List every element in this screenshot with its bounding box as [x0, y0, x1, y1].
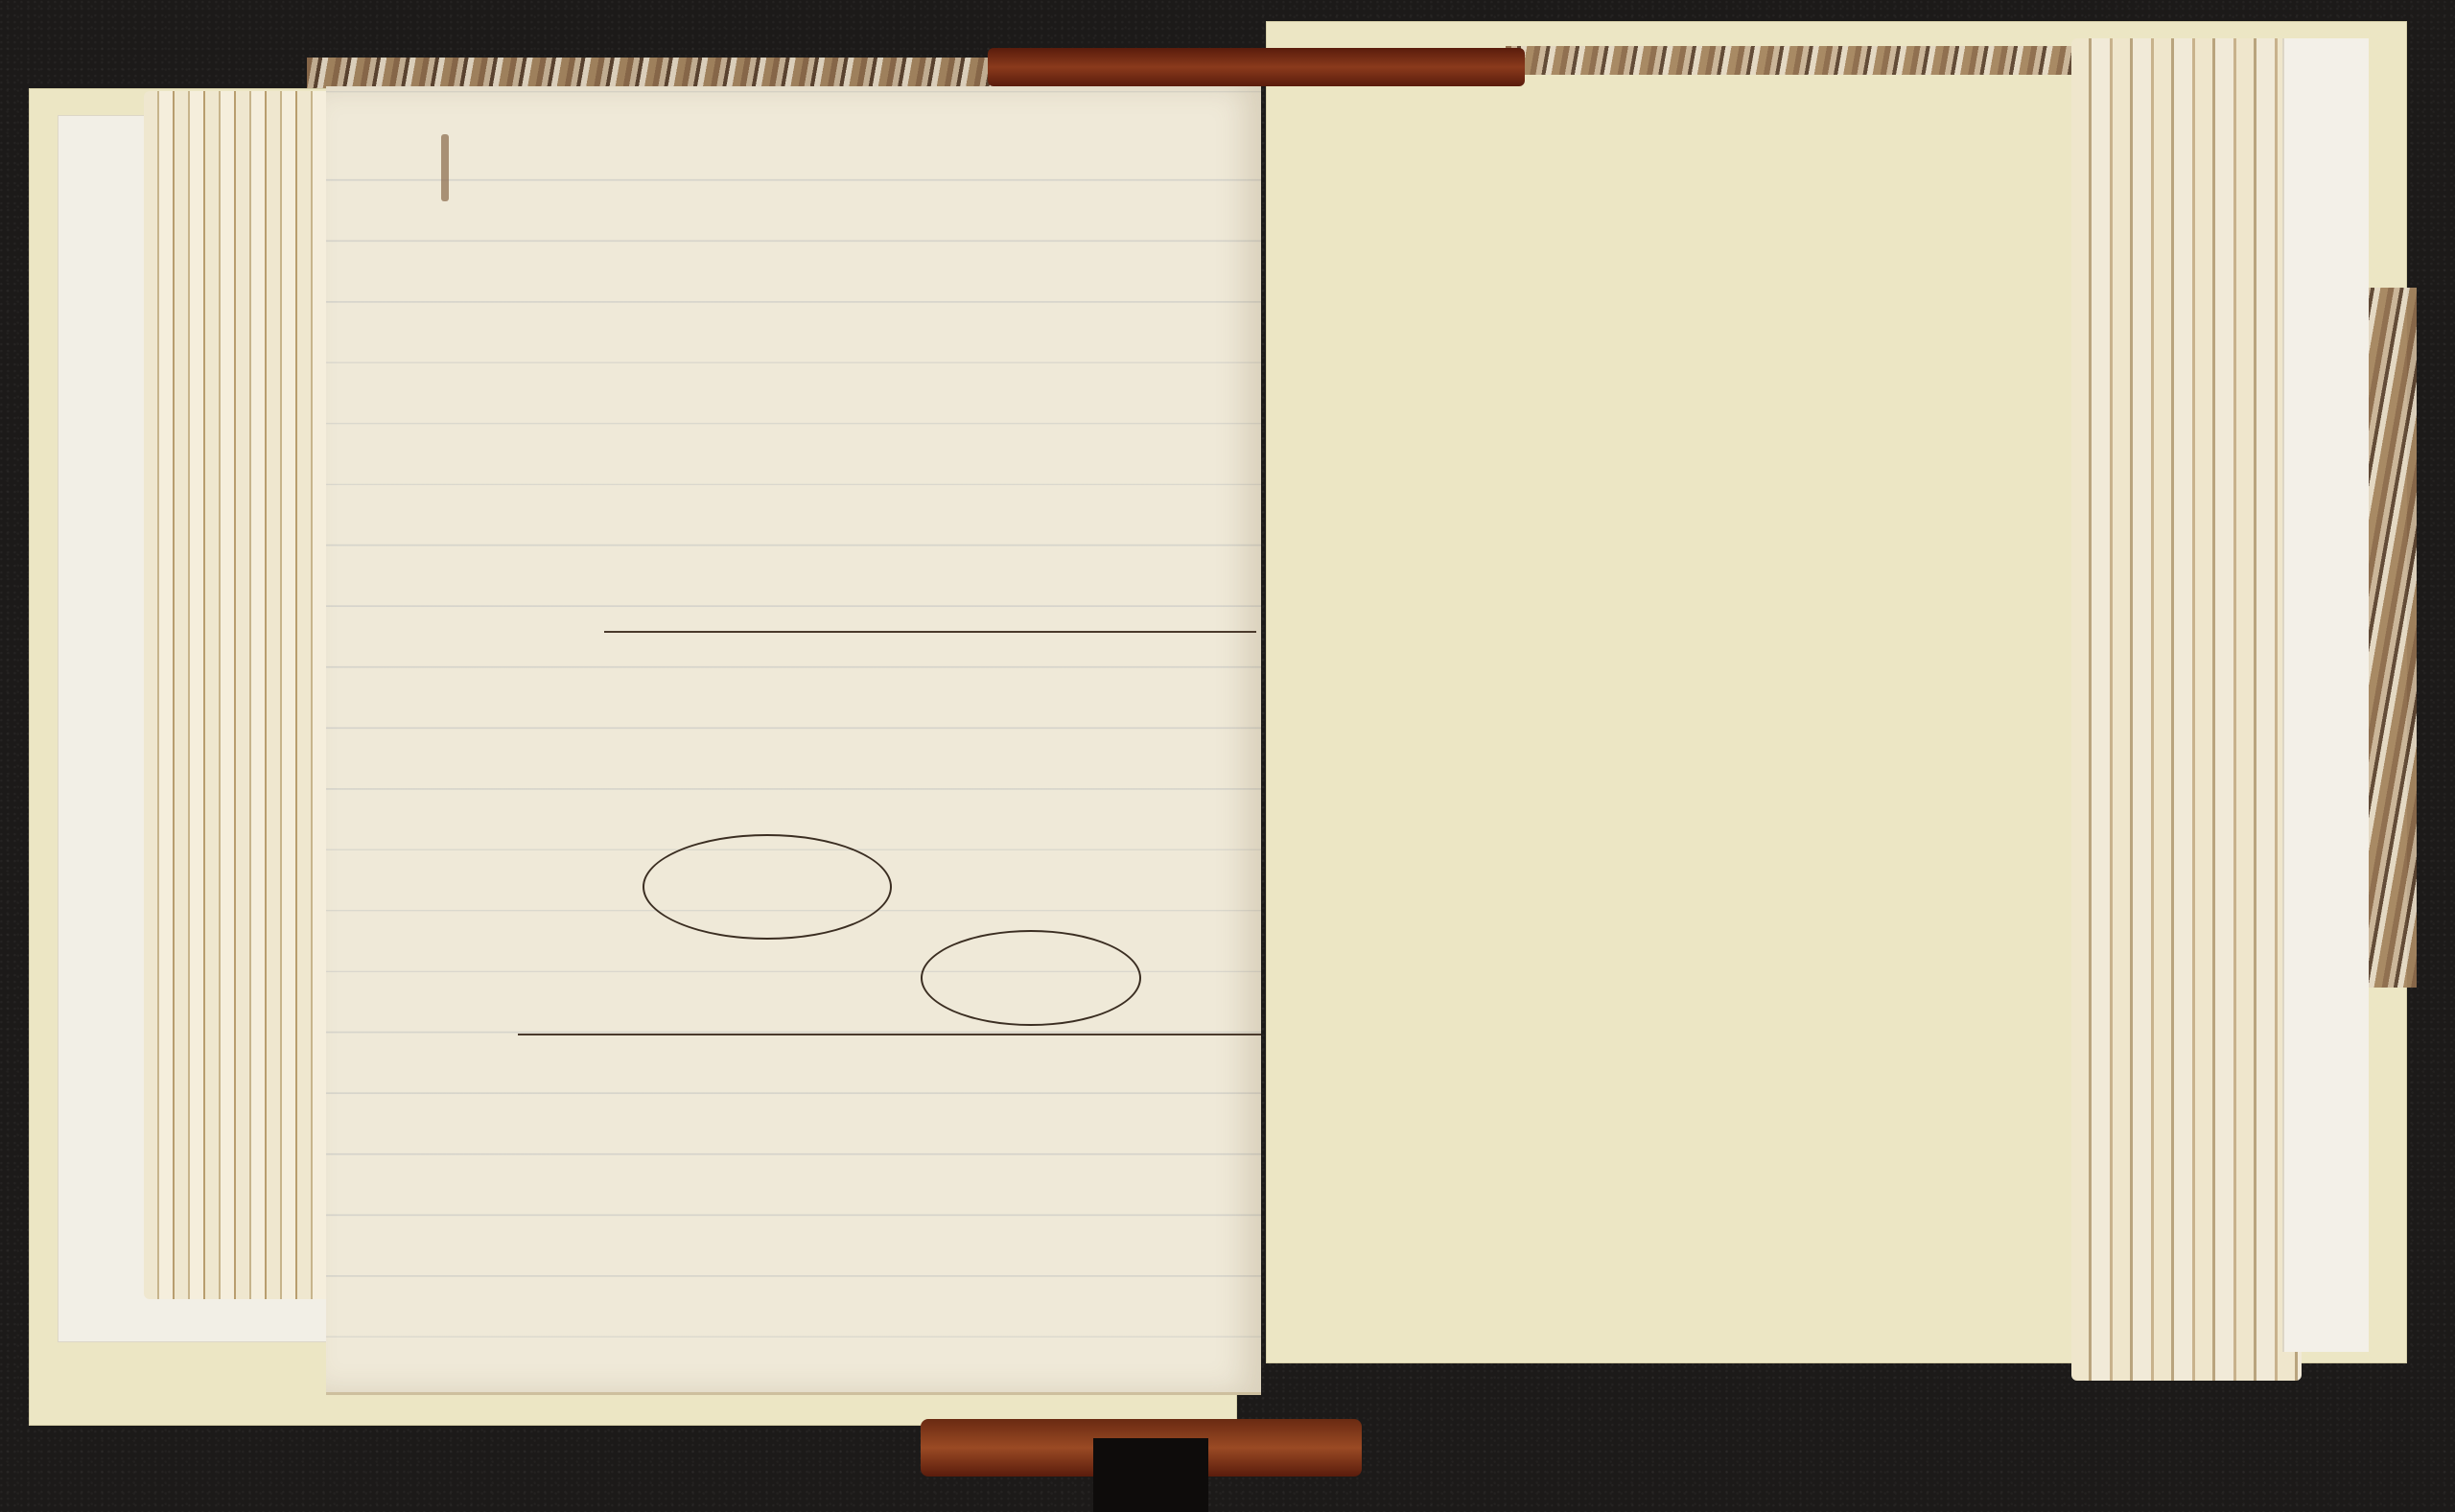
ink-stain	[441, 134, 449, 201]
left-page	[326, 86, 1261, 1395]
page-stack-right	[2071, 38, 2302, 1381]
page-stack-left	[144, 91, 336, 1299]
line-filler-rule	[604, 631, 1256, 633]
record-separator-rule	[518, 1034, 1261, 1035]
signature-flourish	[643, 834, 892, 940]
marbled-endpaper-top-right	[1506, 46, 2139, 75]
spine-cradle-top	[988, 48, 1525, 86]
signature-flourish	[921, 930, 1141, 1026]
marbled-endpaper-top-left	[307, 58, 1017, 88]
flyleaf-right	[2282, 38, 2369, 1352]
book-support	[1093, 1438, 1208, 1512]
